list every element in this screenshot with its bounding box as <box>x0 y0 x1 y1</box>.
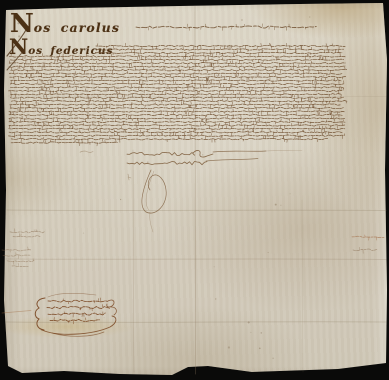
margin-notes <box>2 229 384 267</box>
body-text-block <box>9 43 348 146</box>
chancery-registration-mark <box>2 293 116 336</box>
heading-script-line <box>136 24 316 31</box>
photo-background: Nos carolus Nos federicus <box>0 0 389 380</box>
fold-crease-lines <box>6 6 386 374</box>
initial-letter-flourishes <box>7 30 26 70</box>
manuscript-ink-layer <box>0 0 389 380</box>
royal-signature <box>80 150 302 232</box>
